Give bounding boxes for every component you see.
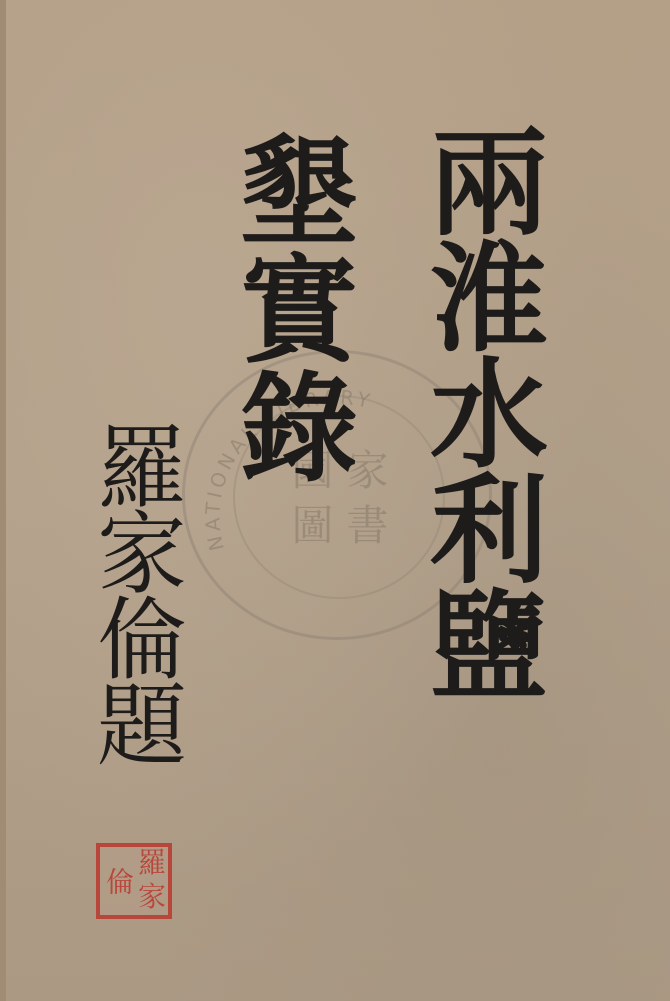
title-page: NATIONAL LIBRARY 國 家 圖 書 兩淮水利鹽 墾實錄 羅家倫題 …: [0, 0, 670, 1001]
calligrapher-signature: 羅家倫題: [88, 420, 178, 764]
seal-char: 羅: [136, 847, 168, 881]
seal-char: 倫: [100, 847, 136, 915]
seal-char: 家: [136, 881, 168, 915]
title-column-right: 兩淮水利鹽: [420, 120, 538, 700]
page-edge: [0, 0, 6, 1001]
red-seal: 羅 家 倫: [96, 843, 172, 919]
stamp-char: 圖: [285, 498, 340, 553]
title-column-left: 墾實錄: [230, 130, 348, 484]
stamp-char: 書: [340, 498, 395, 553]
